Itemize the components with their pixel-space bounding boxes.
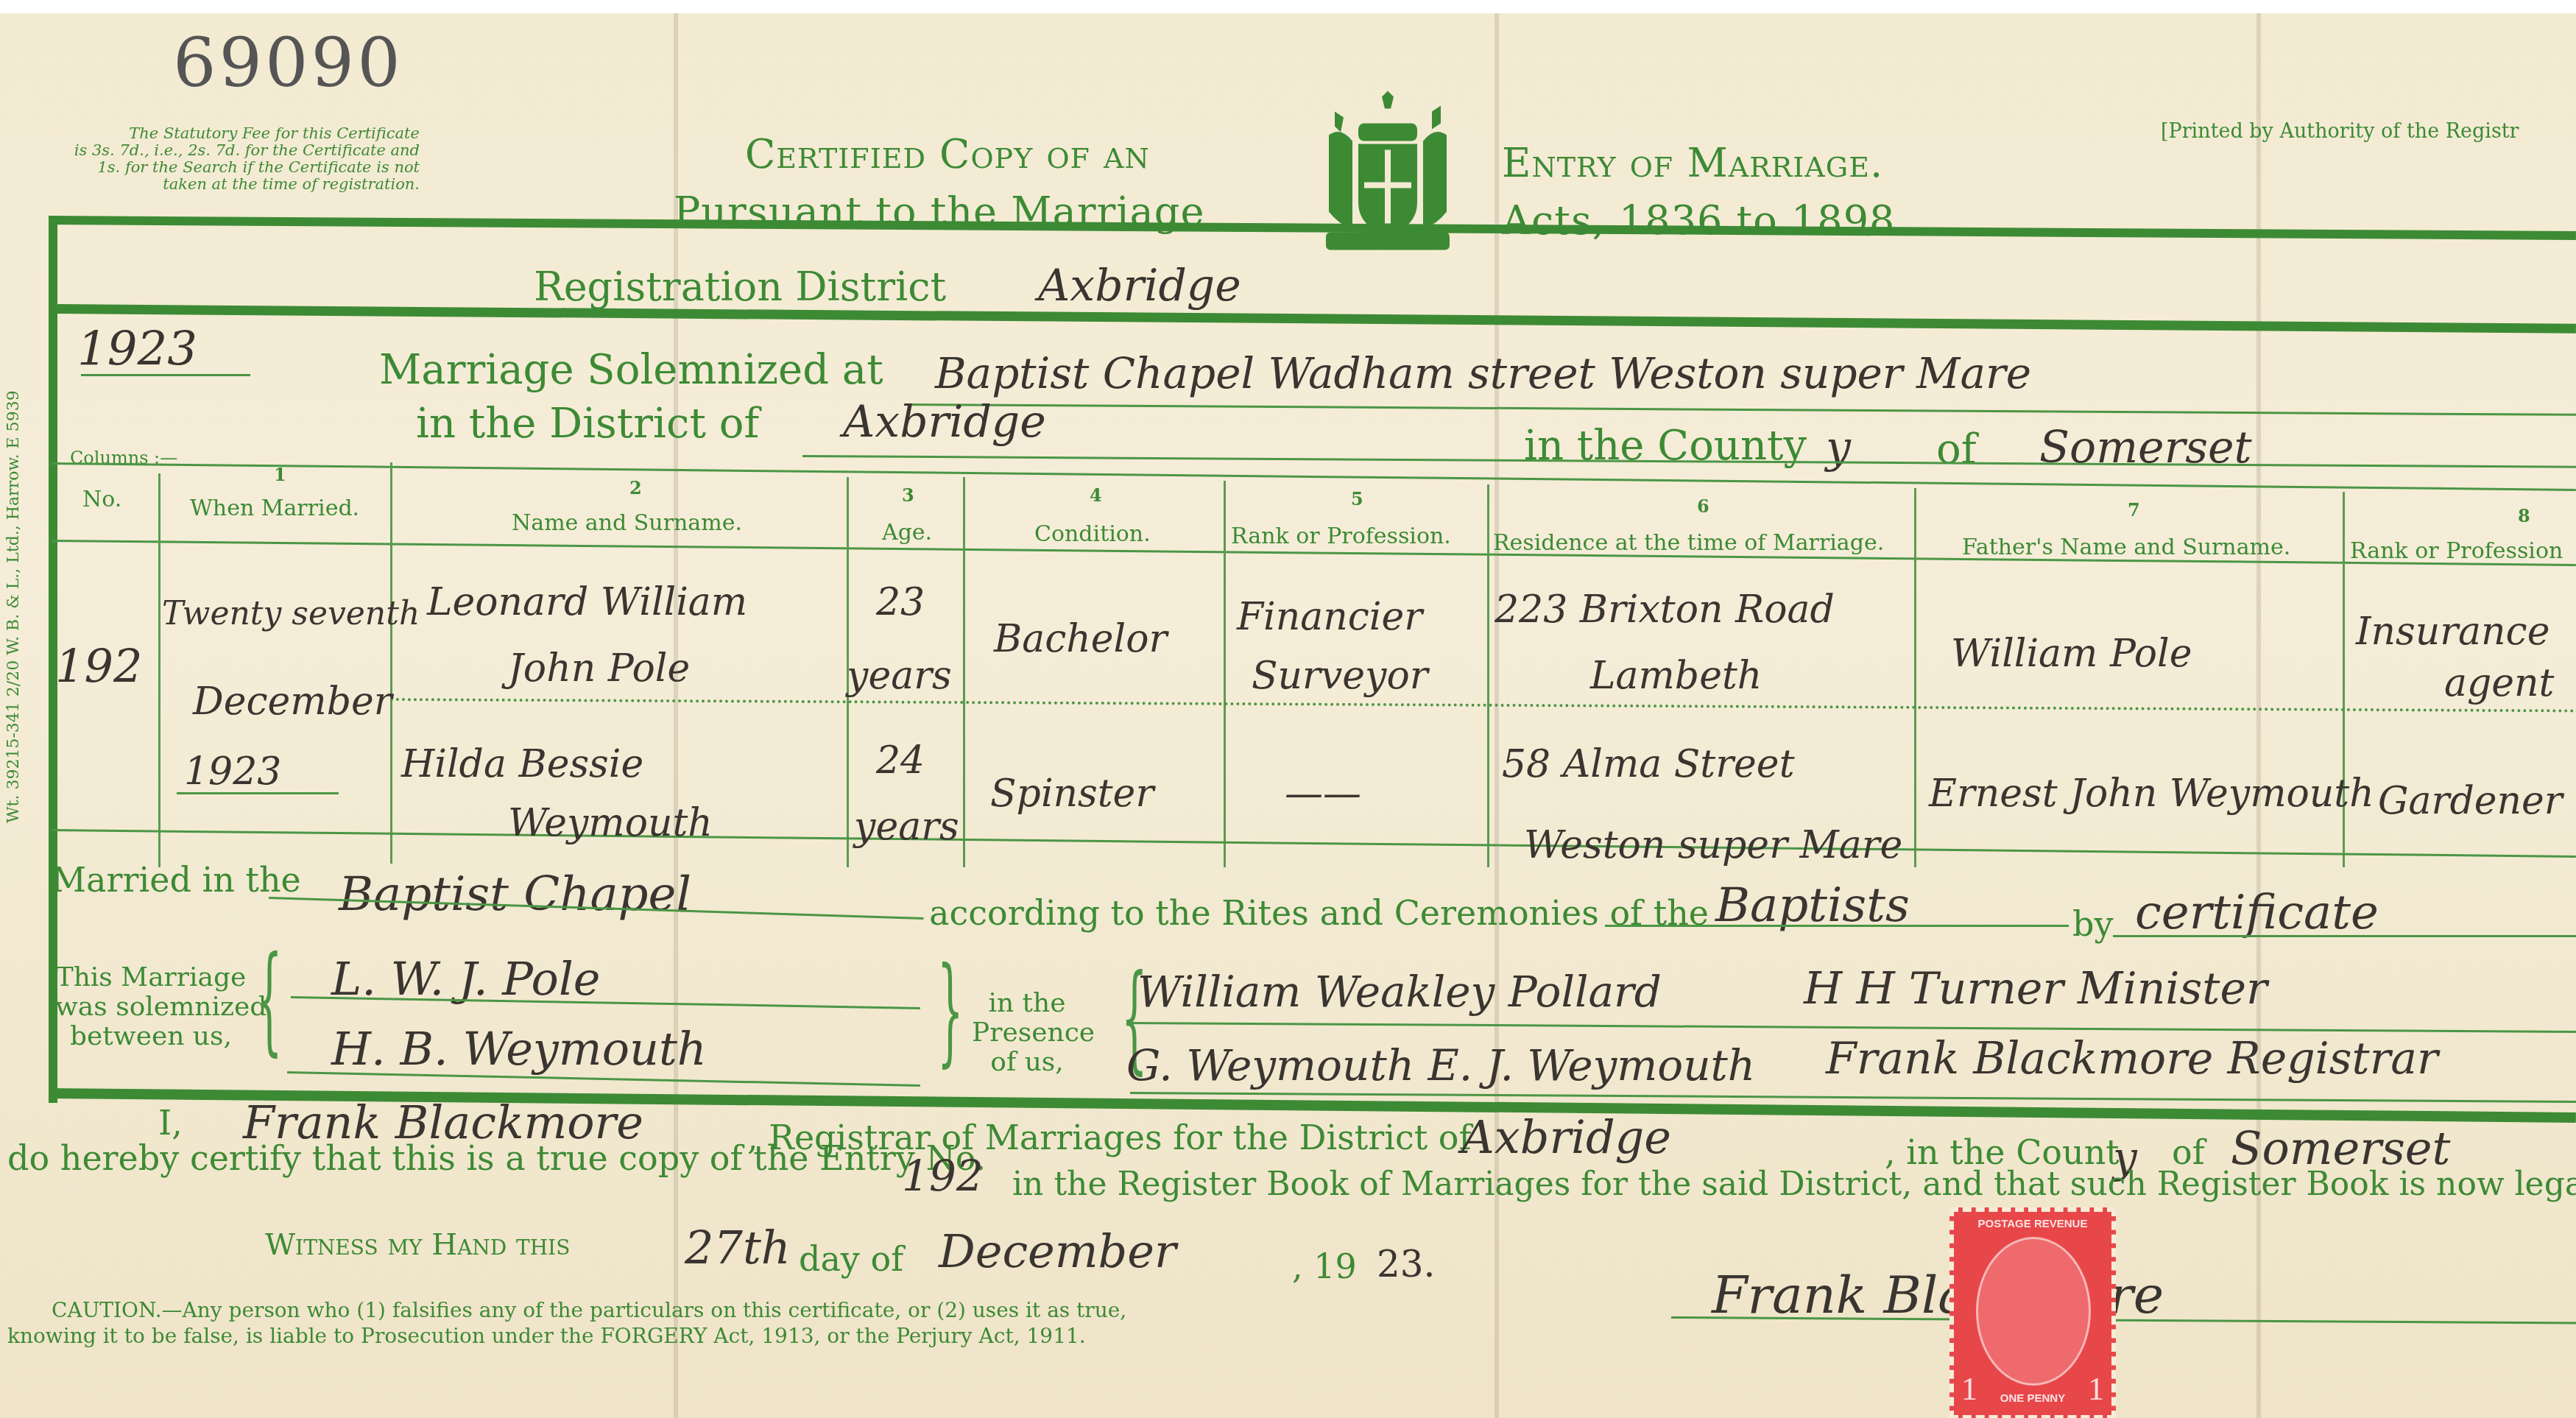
registration-district-label: Registration District <box>534 264 946 310</box>
groom-name-line1: Leonard William <box>427 580 747 624</box>
groom-father-profession-line2: agent <box>2444 661 2554 705</box>
printed-by-authority: [Printed by Authority of the Registr <box>2161 120 2519 143</box>
bride-name-line1: Hilda Bessie <box>401 742 643 786</box>
when-married-month: December <box>193 680 392 724</box>
title-right-line1: Entry of Marriage. <box>1502 140 1883 186</box>
label-line: This Marriage <box>55 963 247 992</box>
caution-line1: CAUTION.—Any person who (1) falsifies an… <box>52 1298 1126 1322</box>
groom-name-line2: John Pole <box>508 646 690 691</box>
groom-profession-line1: Financier <box>1237 595 1422 639</box>
day-of-label: day of <box>799 1239 903 1279</box>
label-line: between us, <box>55 1022 247 1051</box>
bride-residence-line1: 58 Alma Street <box>1502 742 1795 786</box>
fee-line: 1s. for the Search if the Certificate is… <box>52 159 420 176</box>
witness-2-signature: G. Weymouth E. J. Weymouth <box>1126 1040 1755 1090</box>
in-district-value: Axbridge <box>843 396 1046 448</box>
title-left-line1: Certified Copy of an <box>745 131 1150 177</box>
county-suffix: y <box>1826 422 1851 473</box>
bride-father-name: Ernest John Weymouth <box>1929 772 2374 816</box>
king-portrait-icon <box>1976 1237 2091 1386</box>
groom-profession-line2: Surveyor <box>1252 654 1428 698</box>
right-brace: } <box>937 941 964 1079</box>
entry-number: 192 <box>55 639 142 693</box>
groom-age: 23 <box>876 580 925 624</box>
column-number: 8 <box>2518 505 2530 526</box>
fold-line <box>2256 13 2261 1418</box>
county-of-label: of <box>1936 426 1976 473</box>
registrar-witness-signature: Frank Blackmore Registrar <box>1826 1033 2438 1084</box>
table-bottom-rule <box>52 829 2576 858</box>
stamp-top-text: POSTAGE REVENUE <box>1960 1218 2106 1230</box>
rites-label: according to the Rites and Ceremonies of… <box>929 893 1709 933</box>
serial-number: 69090 <box>173 24 403 102</box>
presence-label: in the Presence of us, <box>972 989 1082 1077</box>
by-underline <box>2113 935 2576 937</box>
bride-condition: Spinster <box>990 772 1154 816</box>
solemnized-at-value: Baptist Chapel Wadham street Weston supe… <box>935 348 2031 398</box>
married-in-label: Married in the <box>52 860 301 900</box>
column-divider <box>1224 481 1226 867</box>
label-line: of us, <box>972 1048 1082 1077</box>
bride-age: 24 <box>876 738 925 783</box>
printer-imprint: Wt. 39215-341 2/20 W. B. & L., Ltd., Har… <box>4 390 23 823</box>
groom-father-name: William Pole <box>1951 632 2192 676</box>
married-in-value: Baptist Chapel <box>339 867 691 922</box>
label-line: was solemnized <box>55 992 247 1022</box>
groom-father-profession-line1: Insurance <box>2356 610 2549 654</box>
groom-age-unit: years <box>847 654 952 698</box>
bride-residence-line2: Weston super Mare <box>1524 823 1902 867</box>
fee-line: taken at the time of registration. <box>52 176 420 193</box>
officiant-signature: H H Turner Minister <box>1804 963 2268 1015</box>
bride-father-profession: Gardener <box>2378 779 2563 823</box>
fee-line: The Statutory Fee for this Certificate <box>52 125 420 142</box>
frame-top-border <box>49 216 2576 240</box>
bride-profession: —— <box>1285 772 1361 816</box>
registration-district-value: Axbridge <box>1038 260 1241 311</box>
when-married-day: Twenty seventh <box>162 595 420 632</box>
column-header-condition: Condition. <box>1034 521 1151 547</box>
solemnized-underline <box>909 403 2576 416</box>
column-divider <box>390 462 392 864</box>
witness-1-signature: William Weakley Pollard <box>1137 967 1662 1017</box>
label-line: in the <box>972 989 1082 1018</box>
caution-line2: knowing it to be false, is liable to Pro… <box>7 1324 1086 1348</box>
fee-notice: The Statutory Fee for this Certificate i… <box>52 125 420 193</box>
stamp-bottom-text: ONE PENNY <box>1960 1392 2106 1405</box>
solemnized-between-label: This Marriage was solemnized between us, <box>55 963 247 1051</box>
certificate-paper: 69090 The Statutory Fee for this Certifi… <box>0 13 2576 1418</box>
bride-signature: H. B. Weymouth <box>331 1022 707 1076</box>
year-underline <box>177 792 339 794</box>
when-married-year: 1923 <box>184 749 281 794</box>
row-separator <box>390 698 2576 713</box>
certify-text: do hereby certify that this is a true co… <box>7 1138 986 1178</box>
column-divider <box>1487 484 1489 867</box>
cert-year-value: 23. <box>1377 1243 1436 1285</box>
cert-year-prefix: , 19 <box>1292 1246 1357 1286</box>
register-year: 1923 <box>77 322 197 377</box>
fee-line: is 3s. 7d., i.e., 2s. 7d. for the Certif… <box>52 142 420 159</box>
column-header-residence: Residence at the time of Marriage. <box>1493 530 1884 556</box>
column-number: 1 <box>274 464 286 485</box>
column-divider <box>963 477 965 867</box>
solemnized-at-label: Marriage Solemnized at <box>379 346 883 394</box>
witness-hand-label: Witness my Hand this <box>265 1228 570 1262</box>
district-rule <box>57 304 2576 334</box>
cert-month: December <box>939 1224 1176 1278</box>
column-number: 6 <box>1697 495 1709 517</box>
groom-residence-line1: 223 Brixton Road <box>1495 588 1835 632</box>
column-header-age: Age. <box>882 520 932 546</box>
year-underline <box>81 374 250 376</box>
rites-underline <box>1605 925 2069 927</box>
column-number: 5 <box>1351 488 1363 509</box>
register-text: in the Register Book of Marriages for th… <box>1012 1165 2576 1203</box>
bride-name-line2: Weymouth <box>508 801 713 845</box>
column-number: 4 <box>1090 484 1102 506</box>
column-header-profession: Rank or Profession. <box>1231 523 1451 549</box>
groom-condition: Bachelor <box>994 617 1167 661</box>
groom-residence-line2: Lambeth <box>1590 654 1762 698</box>
in-district-label: in the District of <box>416 400 759 448</box>
column-number: 2 <box>629 477 642 498</box>
by-value: certificate <box>2135 886 2379 940</box>
column-divider <box>158 473 160 867</box>
i-label: I, <box>158 1103 183 1143</box>
column-header-when-married: When Married. <box>190 495 359 521</box>
by-label: by <box>2072 904 2113 944</box>
column-number: 3 <box>902 484 914 506</box>
column-header-name: Name and Surname. <box>512 510 742 536</box>
title-right-line2: Acts, 1836 to 1898. <box>1502 197 1909 244</box>
cert-entry-no: 192 <box>902 1151 984 1201</box>
left-brace: { <box>256 930 283 1068</box>
witness-1-line <box>1126 1022 2576 1033</box>
column-number: 7 <box>2128 499 2140 521</box>
column-divider <box>1914 488 1916 867</box>
column-header-father: Father's Name and Surname. <box>1962 535 2290 560</box>
label-line: Presence <box>972 1018 1082 1048</box>
cert-district-value: Axbridge <box>1461 1110 1671 1164</box>
column-header-no: No. <box>82 487 121 512</box>
cert-day: 27th <box>685 1221 791 1274</box>
column-header-father-profession: Rank or Profession <box>2350 538 2563 564</box>
one-penny-stamp: POSTAGE REVENUE 1 1 ONE PENNY <box>1949 1207 2116 1418</box>
bride-age-unit: years <box>854 805 959 849</box>
